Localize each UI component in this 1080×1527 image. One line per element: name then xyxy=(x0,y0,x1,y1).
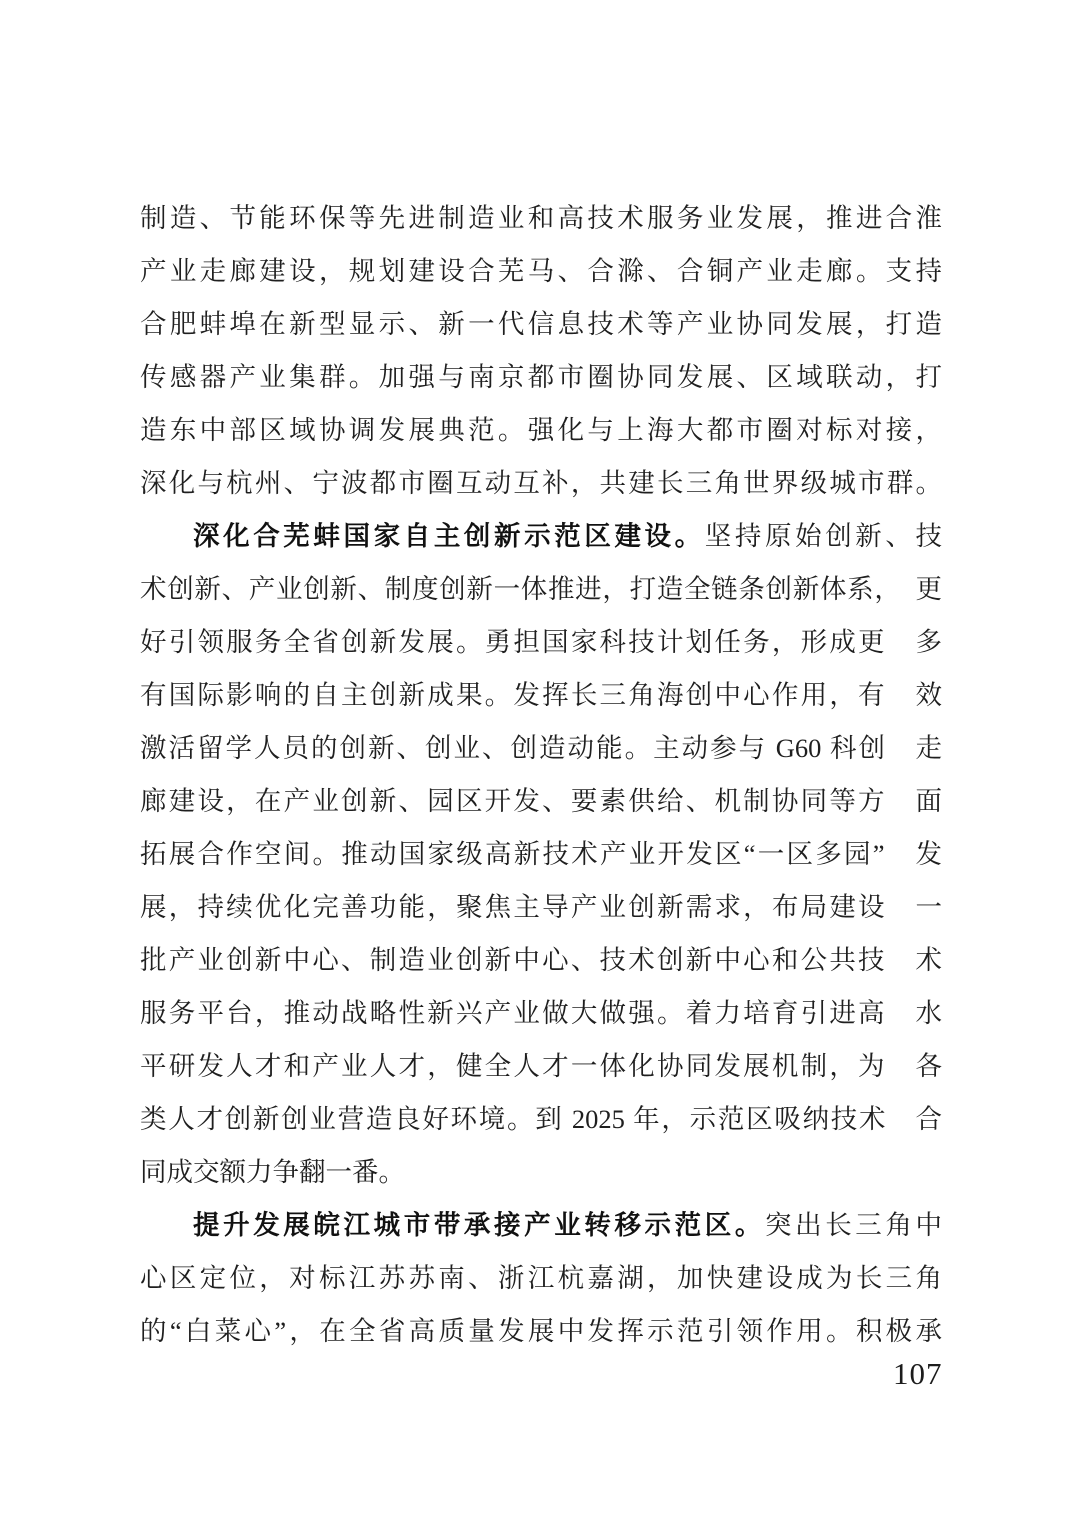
paragraph-first-line: 提升发展皖江城市带承接产业转移示范区。突出长三角中 xyxy=(140,1199,942,1252)
paragraph-lead-rest: 坚持原始创新、技 xyxy=(705,521,942,551)
text-line: 传感器产业集群。加强与南京都市圈协同发展、区域联动，打 xyxy=(140,351,942,404)
page-number: 107 xyxy=(893,1355,943,1393)
text-line: 平研发人才和产业人才，健全人才一体化协同发展机制，为 各 xyxy=(140,1040,942,1093)
text-line: 有国际影响的自主创新成果。发挥长三角海创中心作用，有 效 xyxy=(140,669,942,722)
paragraph-lead-bold: 深化合芜蚌国家自主创新示范区建设。 xyxy=(193,521,705,551)
text-line: 好引领服务全省创新发展。勇担国家科技计划任务，形成更 多 xyxy=(140,616,942,669)
text-line: 制造、节能环保等先进制造业和高技术服务业发展，推进合淮 xyxy=(140,192,942,245)
paragraph-lead-bold: 提升发展皖江城市带承接产业转移示范区。 xyxy=(193,1210,765,1240)
text-line: 术创新、产业创新、制度创新一体推进，打造全链条创新体系， 更 xyxy=(140,563,942,616)
text-line: 深化与杭州、宁波都市圈互动互补，共建长三角世界级城市群。 xyxy=(140,457,942,510)
paragraph-first-line: 深化合芜蚌国家自主创新示范区建设。坚持原始创新、技 xyxy=(140,510,942,563)
paragraph-lead-rest: 突出长三角中 xyxy=(765,1210,942,1240)
text-block: 制造、节能环保等先进制造业和高技术服务业发展，推进合淮 产业走廊建设，规划建设合… xyxy=(140,192,942,1358)
text-line: 类人才创新创业营造良好环境。到 2025 年，示范区吸纳技术 合 xyxy=(140,1093,942,1146)
document-page: 制造、节能环保等先进制造业和高技术服务业发展，推进合淮 产业走廊建设，规划建设合… xyxy=(0,0,1080,1527)
text-line: 心区定位，对标江苏苏南、浙江杭嘉湖，加快建设成为长三角 xyxy=(140,1252,942,1305)
text-line: 拓展合作空间。推动国家级高新技术产业开发区“一区多园” 发 xyxy=(140,828,942,881)
text-line: 产业走廊建设，规划建设合芜马、合滁、合铜产业走廊。支持 xyxy=(140,245,942,298)
text-line: 激活留学人员的创新、创业、创造动能。主动参与 G60 科创 走 xyxy=(140,722,942,775)
text-line: 的“白菜心”，在全省高质量发展中发挥示范引领作用。积极承 xyxy=(140,1305,942,1358)
text-line: 展，持续优化完善功能，聚焦主导产业创新需求，布局建设 一 xyxy=(140,881,942,934)
text-line: 合肥蚌埠在新型显示、新一代信息技术等产业协同发展，打造 xyxy=(140,298,942,351)
text-line: 造东中部区域协调发展典范。强化与上海大都市圈对标对接， xyxy=(140,404,942,457)
text-line: 服务平台，推动战略性新兴产业做大做强。着力培育引进高 水 xyxy=(140,987,942,1040)
text-line: 批产业创新中心、制造业创新中心、技术创新中心和公共技 术 xyxy=(140,934,942,987)
text-line: 同成交额力争翻一番。 xyxy=(140,1146,942,1199)
text-line: 廊建设，在产业创新、园区开发、要素供给、机制协同等方 面 xyxy=(140,775,942,828)
